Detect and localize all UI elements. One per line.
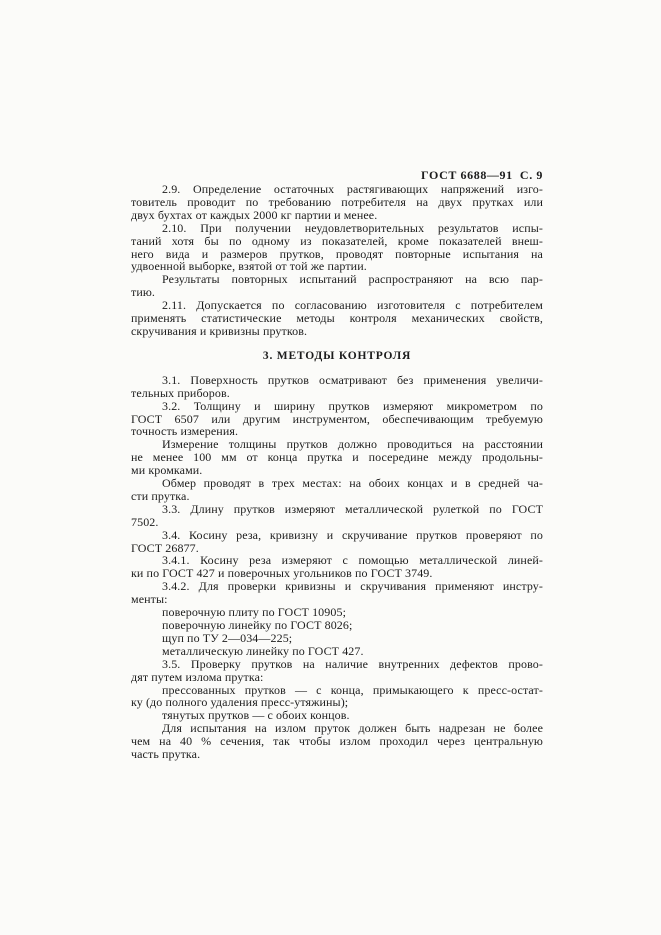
section-heading: 3. МЕТОДЫ КОНТРОЛЯ (131, 350, 543, 363)
text-line: 3.1. Поверхность прутков осматривают без… (131, 374, 543, 387)
text-line: таний хотя бы по одному из показателей, … (131, 235, 543, 248)
text-line: поверочную линейку по ГОСТ 8026; (131, 619, 543, 632)
text-line: 2.9. Определение остаточных растягивающи… (131, 183, 543, 196)
paragraph: Для испытания на излом пруток должен быт… (131, 722, 543, 761)
text-line: Обмер проводят в трех местах: на обоих к… (131, 477, 543, 490)
running-header: ГОСТ 6688—91 С. 9 (131, 168, 543, 183)
text-line: двух бухтах от каждых 2000 кг партии и м… (131, 209, 543, 222)
text-line: 3.5. Проверку прутков на наличие внутрен… (131, 658, 543, 671)
paragraph: 2.11. Допускается по согласованию изгото… (131, 299, 543, 338)
text-line: 7502. (131, 516, 543, 529)
paragraph: металлическую линейку по ГОСТ 427. (131, 645, 543, 658)
paragraph: 3.3. Длину прутков измеряют металлическо… (131, 503, 543, 529)
text-line: 2.10. При получении неудовлетворительных… (131, 222, 543, 235)
paragraph: 2.9. Определение остаточных растягивающи… (131, 183, 543, 222)
paragraph: 3.4.1. Косину реза измеряют с помощью ме… (131, 554, 543, 580)
document-page: ГОСТ 6688—91 С. 9 2.9. Определение остат… (0, 0, 661, 935)
text-line: металлическую линейку по ГОСТ 427. (131, 645, 543, 658)
text-line: 3.4. Косину реза, кривизну и скручивание… (131, 529, 543, 542)
text-line: 3.3. Длину прутков измеряют металлическо… (131, 503, 543, 516)
text-line: 3.4.2. Для проверки кривизны и скручиван… (131, 580, 543, 593)
text-line: дят путем излома прутка: (131, 671, 543, 684)
text-line: щуп по ТУ 2—034—225; (131, 632, 543, 645)
text-line: 3.2. Толщину и ширину прутков измеряют м… (131, 400, 543, 413)
paragraph: поверочную линейку по ГОСТ 8026; (131, 619, 543, 632)
text-line: Результаты повторных испытаний распростр… (131, 273, 543, 286)
paragraph: Обмер проводят в трех местах: на обоих к… (131, 477, 543, 503)
paragraph: 3.4.2. Для проверки кривизны и скручиван… (131, 580, 543, 606)
paragraph: 3.1. Поверхность прутков осматривают без… (131, 374, 543, 400)
paragraph: 3.2. Толщину и ширину прутков измеряют м… (131, 400, 543, 439)
paragraph: 3.5. Проверку прутков на наличие внутрен… (131, 658, 543, 684)
text-line: сти прутка. (131, 490, 543, 503)
text-line: товитель проводит по требованию потребит… (131, 196, 543, 209)
paragraph: 3.4. Косину реза, кривизну и скручивание… (131, 529, 543, 555)
page-content: 2.9. Определение остаточных растягивающи… (131, 183, 543, 761)
text-line: часть прутка. (131, 748, 543, 761)
paragraph: Результаты повторных испытаний распростр… (131, 273, 543, 299)
text-line: тельных приборов. (131, 387, 543, 400)
paragraph: щуп по ТУ 2—034—225; (131, 632, 543, 645)
paragraph: 2.10. При получении неудовлетворительных… (131, 222, 543, 274)
paragraph: Измерение толщины прутков должно проводи… (131, 438, 543, 477)
text-line: скручивания и кривизны прутков. (131, 325, 543, 338)
paragraph: прессованных прутков — с конца, примыкаю… (131, 684, 543, 710)
